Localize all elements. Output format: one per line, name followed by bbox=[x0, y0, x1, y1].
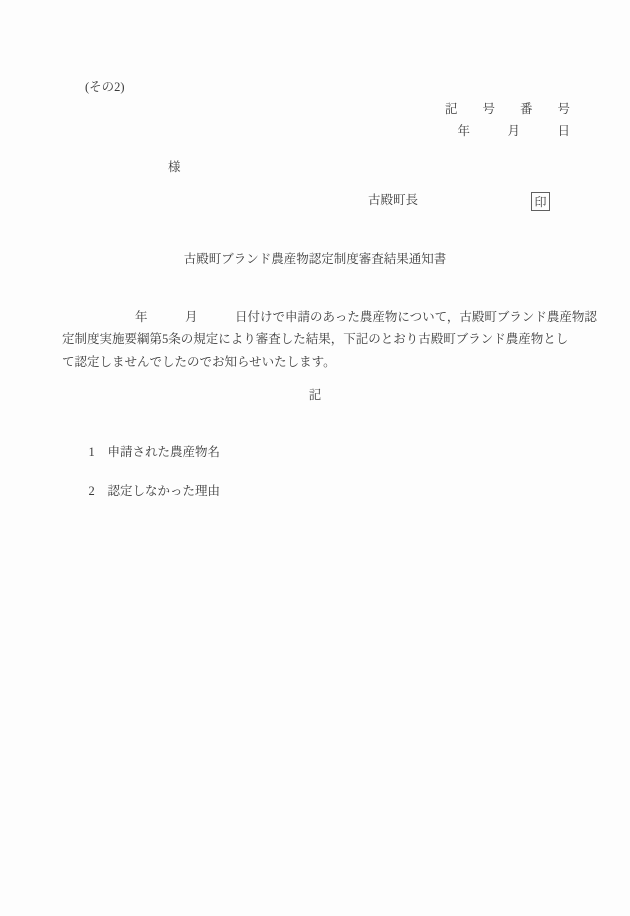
seal-mark: 印 bbox=[531, 192, 550, 211]
reference-number-line: 記 号 番 号 bbox=[445, 99, 570, 121]
list-item: 2認定しなかった理由 bbox=[76, 463, 220, 519]
item-number: 2 bbox=[89, 482, 97, 501]
reference-block: 記 号 番 号 年 月 日 bbox=[445, 99, 570, 142]
date-line: 年 月 日 bbox=[445, 121, 570, 143]
item-number: 1 bbox=[89, 443, 97, 462]
recipient-honorific: 様 bbox=[168, 158, 181, 177]
document-page: (その2) 記 号 番 号 年 月 日 様 古殿町長 印 古殿町ブランド農産物認… bbox=[0, 0, 630, 916]
body-line: 年 月 日付けで申請のあった農産物について，古殿町ブランド農産物認 bbox=[62, 306, 570, 328]
record-marker: 記 bbox=[0, 386, 630, 405]
item-label: 申請された農産物名 bbox=[108, 445, 221, 459]
page-note: (その2) bbox=[85, 78, 125, 97]
body-line: 定制度実施要綱第5条の規定により審査した結果，下記のとおり古殿町ブランド農産物と… bbox=[62, 328, 570, 350]
document-title: 古殿町ブランド農産物認定制度審査結果通知書 bbox=[0, 250, 630, 269]
sender-name: 古殿町長 bbox=[368, 191, 418, 210]
body-paragraph: 年 月 日付けで申請のあった農産物について，古殿町ブランド農産物認 定制度実施要… bbox=[62, 306, 570, 373]
body-line: て認定しませんでしたのでお知らせいたします。 bbox=[62, 351, 570, 373]
item-label: 認定しなかった理由 bbox=[108, 484, 221, 498]
sender-row: 古殿町長 印 bbox=[0, 191, 630, 213]
